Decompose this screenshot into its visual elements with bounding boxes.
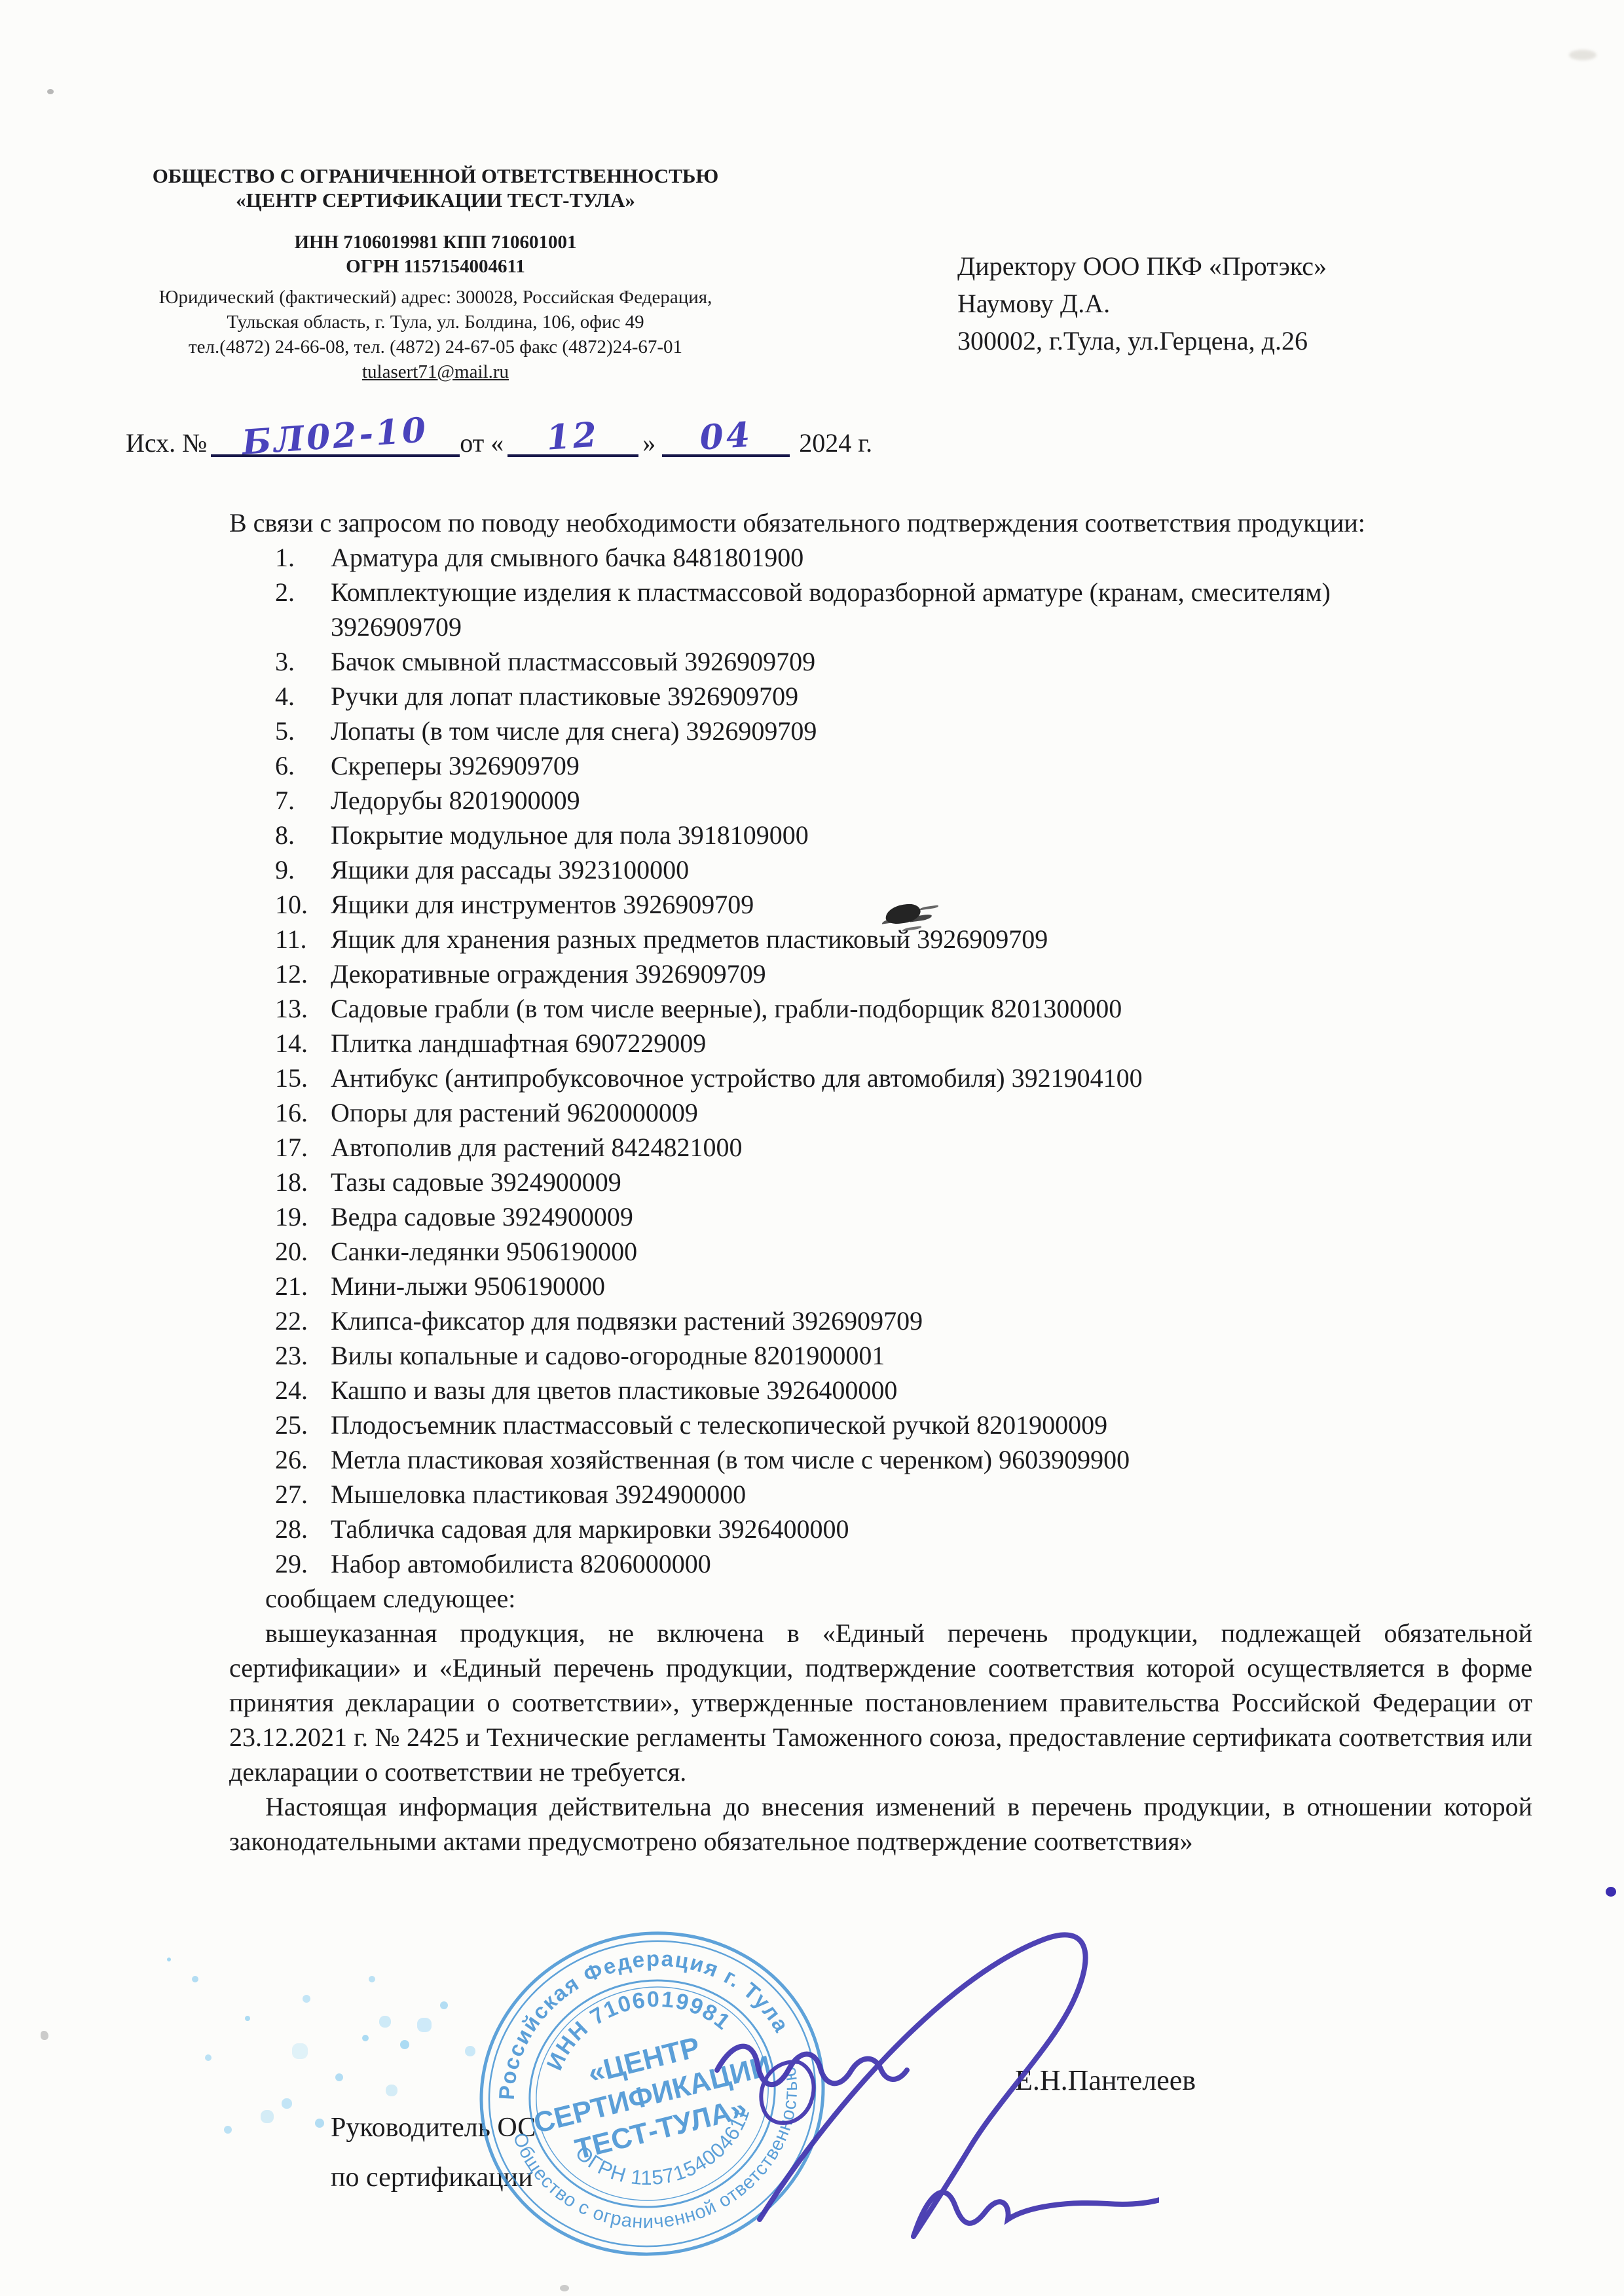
product-list-item: 4. Ручки для лопат пластиковые 392690970…: [275, 679, 1532, 714]
recipient-line1: Директору ООО ПКФ «Протэкс»: [957, 247, 1327, 285]
paragraph-1: вышеуказанная продукция, не включена в «…: [229, 1616, 1532, 1789]
scan-speck: [560, 2285, 569, 2291]
reference-from-word: от «: [460, 428, 504, 458]
item-number: 28.: [275, 1512, 331, 1546]
item-text: Плодосъемник пластмассовый с телескопиче…: [331, 1408, 1532, 1442]
item-text: Скреперы 3926909709: [331, 748, 1532, 783]
product-list-item: 12. Декоративные ограждения 3926909709: [275, 957, 1532, 991]
signature-ink: [688, 1899, 1159, 2278]
product-list-item: 1. Арматура для смывного бачка 848180190…: [275, 540, 1532, 575]
recipient-block: Директору ООО ПКФ «Протэкс» Наумову Д.А.…: [957, 247, 1327, 359]
product-list-item: 5. Лопаты (в том числе для снега) 392690…: [275, 714, 1532, 748]
intro-paragraph: В связи с запросом по поводу необходимос…: [229, 505, 1532, 540]
product-list-item: 28. Табличка садовая для маркировки 3926…: [275, 1512, 1532, 1546]
item-number: 16.: [275, 1095, 331, 1130]
item-number: 29.: [275, 1546, 331, 1581]
item-number: 25.: [275, 1408, 331, 1442]
item-text: Плитка ландшафтная 6907229009: [331, 1026, 1532, 1061]
item-number: 13.: [275, 991, 331, 1026]
handwritten-month: 04: [698, 414, 753, 458]
scan-speck: [41, 2031, 48, 2040]
item-text: Садовые грабли (в том числе веерные), гр…: [331, 991, 1532, 1026]
reference-year: 2024 г.: [799, 428, 872, 458]
item-text: Кашпо и вазы для цветов пластиковые 3926…: [331, 1373, 1532, 1408]
product-list-item: 26. Метла пластиковая хозяйственная (в т…: [275, 1442, 1532, 1477]
product-list-item: 18. Тазы садовые 3924900009: [275, 1165, 1532, 1199]
item-number: 12.: [275, 957, 331, 991]
item-text: Метла пластиковая хозяйственная (в том ч…: [331, 1442, 1532, 1477]
item-number: 4.: [275, 679, 331, 714]
item-number: 19.: [275, 1199, 331, 1234]
product-list-item: 13. Садовые грабли (в том числе веерные)…: [275, 991, 1532, 1026]
handwritten-day: 12: [545, 414, 600, 458]
product-list-item: 6. Скреперы 3926909709: [275, 748, 1532, 783]
product-list-item: 15. Антибукс (антипробуксовочное устройс…: [275, 1061, 1532, 1095]
product-list-item: 2. Комплектующие изделия к пластмассовой…: [275, 575, 1532, 644]
scanned-letter-page: ОБЩЕСТВО С ОГРАНИЧЕННОЙ ОТВЕТСТВЕННОСТЬЮ…: [0, 0, 1624, 2296]
reference-quote-close: »: [642, 428, 655, 458]
product-list-item: 25. Плодосъемник пластмассовый с телеско…: [275, 1408, 1532, 1442]
blue-ink-dot: [1606, 1887, 1616, 1897]
reference-line: Исх. №БЛ02-10от «12»042024 г.: [126, 420, 872, 458]
item-number: 18.: [275, 1165, 331, 1199]
item-number: 15.: [275, 1061, 331, 1095]
product-list: 1. Арматура для смывного бачка 848180190…: [275, 540, 1532, 1581]
org-phones: тел.(4872) 24-66-08, тел. (4872) 24-67-0…: [85, 335, 786, 359]
org-address-line2: Тульская область, г. Тула, ул. Болдина, …: [85, 310, 786, 335]
item-number: 17.: [275, 1130, 331, 1165]
product-list-item: 3. Бачок смывной пластмассовый 392690970…: [275, 644, 1532, 679]
item-text: Арматура для смывного бачка 8481801900: [331, 540, 1532, 575]
org-inn-kpp: ИНН 7106019981 КПП 710601001: [85, 230, 786, 255]
scan-speck: [47, 89, 54, 94]
item-text: Ящики для инструментов 3926909709: [331, 887, 1532, 922]
item-number: 8.: [275, 818, 331, 852]
item-text: Вилы копальные и садово-огородные 820190…: [331, 1338, 1532, 1373]
product-list-item: 19. Ведра садовые 3924900009: [275, 1199, 1532, 1234]
item-number: 3.: [275, 644, 331, 679]
paragraph-2: Настоящая информация действительна до вн…: [229, 1789, 1532, 1859]
item-text: Комплектующие изделия к пластмассовой во…: [331, 575, 1532, 644]
product-list-item: 23. Вилы копальные и садово-огородные 82…: [275, 1338, 1532, 1373]
item-number: 10.: [275, 887, 331, 922]
item-number: 21.: [275, 1269, 331, 1303]
item-text: Ледорубы 8201900009: [331, 783, 1532, 818]
item-text: Ящики для рассады 3923100000: [331, 852, 1532, 887]
item-text: Автополив для растений 8424821000: [331, 1130, 1532, 1165]
letterhead: ОБЩЕСТВО С ОГРАНИЧЕННОЙ ОТВЕТСТВЕННОСТЬЮ…: [85, 164, 786, 384]
item-text: Опоры для растений 9620000009: [331, 1095, 1532, 1130]
product-list-item: 20. Санки-ледянки 9506190000: [275, 1234, 1532, 1269]
product-list-item: 22. Клипса-фиксатор для подвязки растени…: [275, 1303, 1532, 1338]
item-text: Мини-лыжи 9506190000: [331, 1269, 1532, 1303]
item-text: Тазы садовые 3924900009: [331, 1165, 1532, 1199]
item-text: Покрытие модульное для пола 3918109000: [331, 818, 1532, 852]
item-number: 6.: [275, 748, 331, 783]
org-ogrn: ОГРН 1157154004611: [85, 255, 786, 279]
item-text: Мышеловка пластиковая 3924900000: [331, 1477, 1532, 1512]
item-text: Санки-ледянки 9506190000: [331, 1234, 1532, 1269]
reference-month-blank: 04: [662, 420, 790, 457]
reference-prefix: Исх. №: [126, 428, 207, 458]
item-number: 22.: [275, 1303, 331, 1338]
item-text: Ручки для лопат пластиковые 3926909709: [331, 679, 1532, 714]
product-list-item: 16. Опоры для растений 9620000009: [275, 1095, 1532, 1130]
item-text: Набор автомобилиста 8206000000: [331, 1546, 1532, 1581]
item-number: 2.: [275, 575, 331, 644]
product-list-item: 27. Мышеловка пластиковая 3924900000: [275, 1477, 1532, 1512]
item-text: Антибукс (антипробуксовочное устройство …: [331, 1061, 1532, 1095]
signature-stroke-loop: [760, 1935, 1086, 2236]
soobshaem-line: сообщаем следующее:: [265, 1581, 1532, 1616]
product-list-item: 24. Кашпо и вазы для цветов пластиковые …: [275, 1373, 1532, 1408]
reference-number-blank: БЛ02-10: [211, 420, 460, 457]
product-list-item: 17. Автополив для растений 8424821000: [275, 1130, 1532, 1165]
org-email: tulasert71@mail.ru: [85, 359, 786, 384]
item-number: 5.: [275, 714, 331, 748]
recipient-line2: Наумову Д.А.: [957, 285, 1327, 322]
product-list-item: 21. Мини-лыжи 9506190000: [275, 1269, 1532, 1303]
letter-body: В связи с запросом по поводу необходимос…: [229, 505, 1532, 1859]
item-number: 20.: [275, 1234, 331, 1269]
recipient-line3: 300002, г.Тула, ул.Герцена, д.26: [957, 322, 1327, 359]
item-text: Бачок смывной пластмассовый 3926909709: [331, 644, 1532, 679]
handwritten-reference-number: БЛ02-10: [241, 410, 430, 463]
item-text: Лопаты (в том числе для снега) 392690970…: [331, 714, 1532, 748]
reference-day-blank: 12: [507, 420, 638, 457]
product-list-item: 7. Ледорубы 8201900009: [275, 783, 1532, 818]
org-name-line1: ОБЩЕСТВО С ОГРАНИЧЕННОЙ ОТВЕТСТВЕННОСТЬЮ: [85, 164, 786, 188]
item-text: Клипса-фиксатор для подвязки растений 39…: [331, 1303, 1532, 1338]
product-list-item: 11. Ящик для хранения разных предметов п…: [275, 922, 1532, 957]
item-number: 23.: [275, 1338, 331, 1373]
item-text: Ящик для хранения разных предметов пласт…: [331, 922, 1532, 957]
item-number: 9.: [275, 852, 331, 887]
item-number: 26.: [275, 1442, 331, 1477]
cyan-scan-speckles: [167, 1958, 171, 1961]
item-number: 24.: [275, 1373, 331, 1408]
item-number: 11.: [275, 922, 331, 957]
item-number: 27.: [275, 1477, 331, 1512]
product-list-item: 29. Набор автомобилиста 8206000000: [275, 1546, 1532, 1581]
item-number: 14.: [275, 1026, 331, 1061]
org-address-line1: Юридический (фактический) адрес: 300028,…: [85, 285, 786, 310]
scan-smudge: [1569, 50, 1596, 60]
item-text: Табличка садовая для маркировки 39264000…: [331, 1512, 1532, 1546]
product-list-item: 8. Покрытие модульное для пола 391810900…: [275, 818, 1532, 852]
signature-stroke-tail: [913, 2193, 1159, 2236]
product-list-item: 9. Ящики для рассады 3923100000: [275, 852, 1532, 887]
org-name-line2: «ЦЕНТР СЕРТИФИКАЦИИ ТЕСТ-ТУЛА»: [85, 188, 786, 212]
item-number: 1.: [275, 540, 331, 575]
item-text: Ведра садовые 3924900009: [331, 1199, 1532, 1234]
item-text: Декоративные ограждения 3926909709: [331, 957, 1532, 991]
item-number: 7.: [275, 783, 331, 818]
product-list-item: 14. Плитка ландшафтная 6907229009: [275, 1026, 1532, 1061]
